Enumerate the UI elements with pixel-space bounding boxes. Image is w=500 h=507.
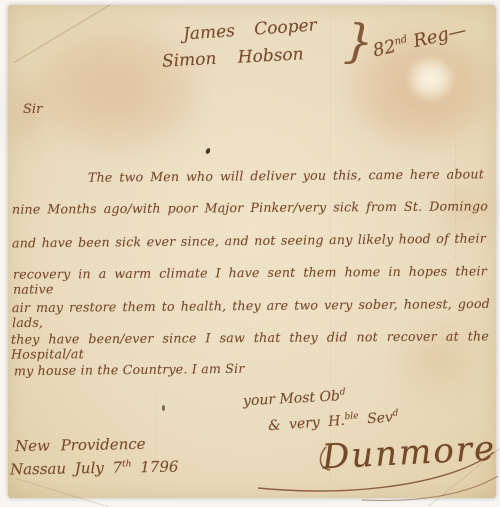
dateline-date: Nassau July 7th 1796	[10, 458, 179, 479]
ink-speck	[162, 405, 165, 411]
body-line: they have been/ever since I saw that the…	[11, 328, 489, 353]
closing-line-2-superscript-2: d	[392, 408, 398, 418]
dateline-date-year: 1796	[131, 458, 178, 477]
brace-mark: }	[343, 13, 375, 68]
salutation: Sir	[23, 102, 42, 117]
dateline-place: New Providence	[15, 435, 146, 455]
body-line: The two Men who will deliver you this, c…	[88, 166, 484, 191]
body-line: my house in the Countrye. I am Sir	[14, 361, 245, 385]
body-line: air may restore them to health, they are…	[12, 296, 490, 322]
body-line: nine Months ago/with poor Major Pinker/v…	[12, 198, 488, 223]
scanned-letter-page: { "colors": { "paper": "#eadcbe", "ink":…	[0, 0, 500, 507]
closing-line-2-superscript-1: ble	[344, 411, 359, 422]
closing-line-1-superscript: d	[339, 387, 345, 397]
dateline-date-text: Nassau July 7	[10, 459, 122, 479]
closing-line-2-text-2: Sev	[358, 410, 393, 428]
body-line: recovery in a warm climate I have sent t…	[13, 263, 487, 288]
dateline-date-superscript: th	[122, 459, 132, 469]
